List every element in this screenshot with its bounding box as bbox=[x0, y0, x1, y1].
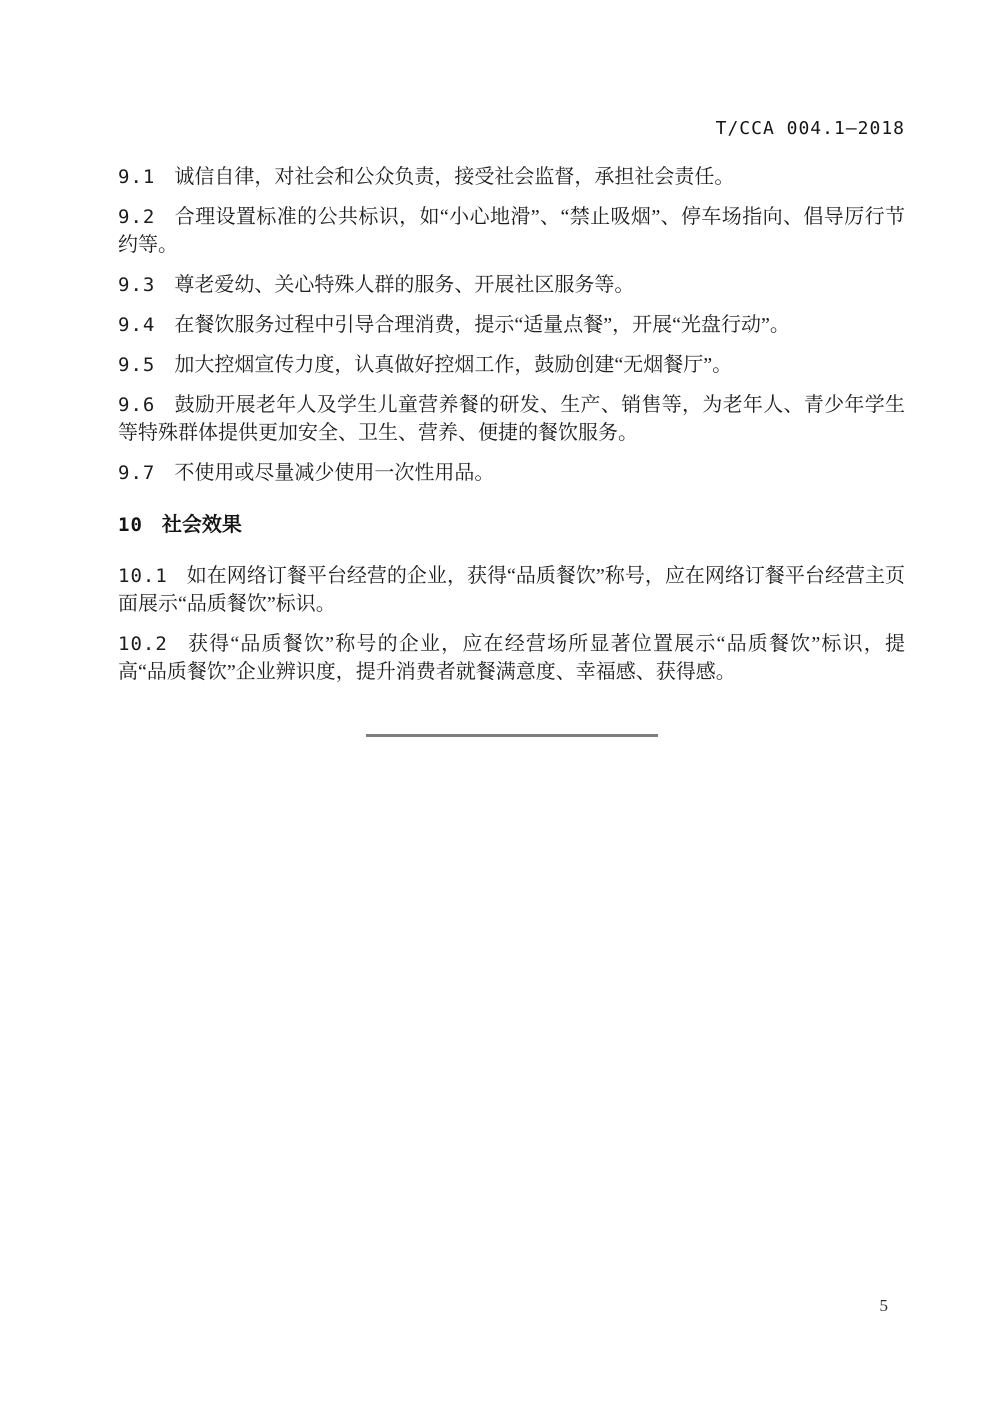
clause-number: 9.7 bbox=[118, 462, 155, 484]
clause-text: 尊老爱幼、关心特殊人群的服务、开展社区服务等。 bbox=[174, 274, 634, 296]
page-number: 5 bbox=[880, 1296, 889, 1316]
clause-9-4: 9.4在餐饮服务过程中引导合理消费，提示“适量点餐”，开展“光盘行动”。 bbox=[118, 311, 905, 339]
clause-text: 获得“品质餐饮”称号的企业，应在经营场所显著位置展示“品质餐饮”标识，提高“品质… bbox=[118, 633, 905, 683]
document-body: 9.1诚信自律，对社会和公众负责，接受社会监督，承担社会责任。 9.2合理设置标… bbox=[118, 163, 905, 737]
clause-text: 合理设置标准的公共标识，如“小心地滑”、“禁止吸烟”、停车场指向、倡导厉行节约等… bbox=[118, 206, 905, 256]
clause-9-1: 9.1诚信自律，对社会和公众负责，接受社会监督，承担社会责任。 bbox=[118, 163, 905, 191]
clause-number: 10.2 bbox=[118, 633, 168, 655]
clause-10-2: 10.2获得“品质餐饮”称号的企业，应在经营场所显著位置展示“品质餐饮”标识，提… bbox=[118, 630, 905, 686]
clause-10-1: 10.1如在网络订餐平台经营的企业，获得“品质餐饮”称号，应在网络订餐平台经营主… bbox=[118, 562, 905, 618]
clause-number: 10.1 bbox=[118, 565, 168, 587]
doc-code: T/CCA 004.1—2018 bbox=[716, 118, 905, 139]
clause-text: 不使用或尽量减少使用一次性用品。 bbox=[174, 462, 494, 484]
end-of-text-rule bbox=[366, 734, 658, 737]
clause-text: 如在网络订餐平台经营的企业，获得“品质餐饮”称号，应在网络订餐平台经营主页面展示… bbox=[118, 565, 905, 615]
section-title: 社会效果 bbox=[162, 512, 242, 536]
clause-9-5: 9.5加大控烟宣传力度，认真做好控烟工作，鼓励创建“无烟餐厅”。 bbox=[118, 351, 905, 379]
clause-text: 诚信自律，对社会和公众负责，接受社会监督，承担社会责任。 bbox=[174, 166, 734, 188]
clause-9-3: 9.3尊老爱幼、关心特殊人群的服务、开展社区服务等。 bbox=[118, 271, 905, 299]
clause-9-7: 9.7不使用或尽量减少使用一次性用品。 bbox=[118, 459, 905, 487]
clause-text: 加大控烟宣传力度，认真做好控烟工作，鼓励创建“无烟餐厅”。 bbox=[174, 354, 732, 376]
clause-9-2: 9.2合理设置标准的公共标识，如“小心地滑”、“禁止吸烟”、停车场指向、倡导厉行… bbox=[118, 203, 905, 259]
clause-number: 9.6 bbox=[118, 394, 155, 416]
document-page: T/CCA 004.1—2018 9.1诚信自律，对社会和公众负责，接受社会监督… bbox=[0, 0, 1000, 1414]
page-header: T/CCA 004.1—2018 bbox=[118, 118, 905, 140]
clause-9-6: 9.6鼓励开展老年人及学生儿童营养餐的研发、生产、销售等，为老年人、青少年学生等… bbox=[118, 391, 905, 447]
clause-number: 9.4 bbox=[118, 314, 155, 336]
clause-number: 9.3 bbox=[118, 274, 155, 296]
clause-number: 9.2 bbox=[118, 206, 155, 228]
clause-number: 9.1 bbox=[118, 166, 155, 188]
clause-text: 鼓励开展老年人及学生儿童营养餐的研发、生产、销售等，为老年人、青少年学生等特殊群… bbox=[118, 394, 905, 444]
clause-text: 在餐饮服务过程中引导合理消费，提示“适量点餐”，开展“光盘行动”。 bbox=[174, 314, 790, 336]
clause-number: 9.5 bbox=[118, 354, 155, 376]
section-10-heading: 10社会效果 bbox=[118, 510, 905, 539]
section-number: 10 bbox=[118, 514, 143, 536]
